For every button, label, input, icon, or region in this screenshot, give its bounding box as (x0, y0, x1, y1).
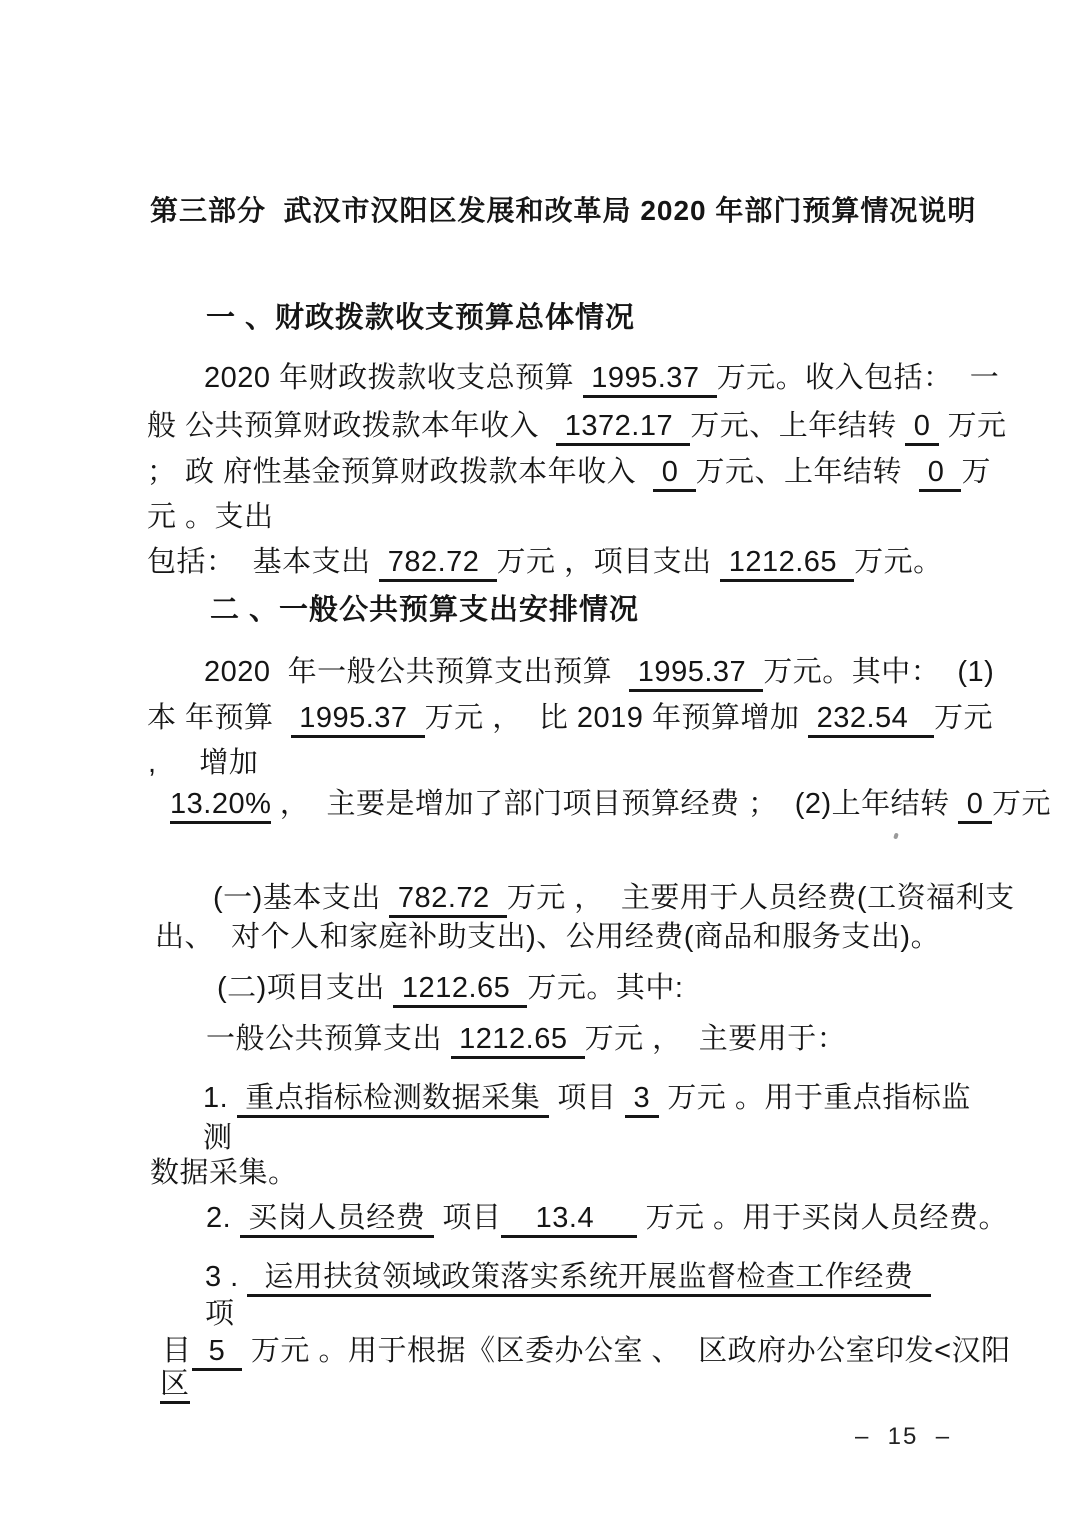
p5-line1: 一般公共预算支出 1212.65 万元 ， 主要用于： (206, 1024, 846, 1056)
item1-line1-text2: 万元 。用于重点指标监 (659, 1082, 971, 1114)
total-budget-value: 1995.37 (583, 362, 717, 398)
p2-line2-text1: 本 年预算 (147, 702, 291, 734)
carryover-value-3: 0 (958, 788, 992, 824)
p1-line1-text1: 2020 年财政拨款收支总预算 (204, 362, 583, 394)
document-title: 第三部分 武汉市汉阳区发展和改革局 2020 年部门预算情况说明 (150, 196, 976, 227)
item1-line3: 数据采集。 (150, 1158, 298, 1190)
item2-line1: 2. 买岗人员经费 项目 13.4 万元 。用于买岗人员经费。 (206, 1203, 1008, 1235)
basic-expense-value-2: 782.72 (389, 882, 506, 918)
item2-line1-text2: 万元 。用于买岗人员经费。 (637, 1202, 1008, 1234)
p1-line5-text2: 万元 ，项目支出 (497, 546, 721, 578)
item2-number: 2. (206, 1202, 240, 1234)
p1-line2-text3: 万元 (939, 410, 1007, 442)
item1-amount-value: 3 (625, 1082, 659, 1118)
print-artifact-dot (893, 833, 899, 840)
p2-line4: 13.20% ， 主要是增加了部门项目预算经费 ； (2)上年结转 0 万元 (170, 789, 1051, 821)
p3-line1-text2: 万元 ， 主要用于人员经费(工资福利支 (507, 882, 1015, 914)
p1-line1: 2020 年财政拨款收支总预算 1995.37 万元。收入包括： 一 (204, 363, 999, 395)
general-public-expense-value: 1212.65 (451, 1023, 585, 1059)
p2-line1-text2: 万元。其中： (1) (763, 656, 994, 688)
p1-line2: 般 公共预算财政拨款本年收入 1372.17 万元、上年结转 0 万元 (147, 411, 1007, 443)
project-expense-value: 1212.65 (720, 546, 854, 582)
carryover-value-1: 0 (905, 410, 939, 446)
section-heading-2: 二 、一般公共预算支出安排情况 (210, 595, 639, 627)
item3-number: 3 . (205, 1261, 247, 1293)
p4-line1: (二)项目支出 1212.65 万元。其中: (217, 973, 683, 1005)
p3-line1: (一)基本支出 782.72 万元 ， 主要用于人员经费(工资福利支 (213, 883, 1015, 915)
basic-expense-value: 782.72 (379, 546, 496, 582)
p1-line3-text3: 万 (961, 456, 991, 488)
general-expense-budget-value: 1995.37 (629, 656, 763, 692)
item1-project-name: 重点指标检测数据采集 (237, 1082, 549, 1118)
p1-line5-text1: 包括： 基本支出 (147, 546, 379, 578)
document-page: 第三部分 武汉市汉阳区发展和改革局 2020 年部门预算情况说明 一 、财政拨款… (0, 0, 1074, 1520)
p2-line2: 本 年预算 1995.37 万元 ， 比 2019 年预算增加 232.54 万… (147, 703, 993, 735)
p1-line3-text1: ； 政 府性基金预算财政拨款本年收入 (147, 456, 653, 488)
item3-project-name: 运用扶贫领域政策落实系统开展监督检查工作经费 (247, 1261, 930, 1297)
increase-percent-value: 13.20% (170, 788, 271, 824)
p1-line3-text2: 万元、上年结转 (696, 456, 920, 488)
p4-line1-text1: (二)项目支出 (217, 972, 393, 1004)
item1-line1-text1: 项目 (549, 1082, 625, 1114)
item3-line3-text2: 万元 。用于根据《区委办公室 、 区政府办公室印发<汉阳 (242, 1335, 1010, 1367)
p2-line1: 2020 年一般公共预算支出预算 1995.37 万元。其中： (1) (204, 657, 994, 689)
item3-line3-text1: 目 (162, 1335, 192, 1367)
p4-line1-text2: 万元。其中: (527, 972, 683, 1004)
p1-line1-text2: 万元。收入包括： 一 (717, 362, 1000, 394)
p1-line4: 元 。支出 (147, 502, 274, 534)
item2-project-name: 买岗人员经费 (240, 1202, 434, 1238)
item3-line4: 区 (160, 1369, 190, 1401)
p1-line5: 包括： 基本支出 782.72 万元 ，项目支出 1212.65 万元。 (147, 547, 943, 579)
item1-line1: 1. 重点指标检测数据采集 项目 3 万元 。用于重点指标监 (203, 1083, 971, 1115)
p1-line5-text3: 万元。 (854, 546, 943, 578)
section-heading-1: 一 、财政拨款收支预算总体情况 (206, 303, 635, 335)
item2-amount-value: 13.4 (501, 1202, 636, 1238)
p5-line1-text2: 万元 ， 主要用于： (585, 1023, 847, 1055)
item1-number: 1. (203, 1082, 237, 1114)
page-number: – 15 – (855, 1424, 951, 1450)
p3-line1-text1: (一)基本支出 (213, 882, 389, 914)
p5-line1-text1: 一般公共预算支出 (206, 1023, 451, 1055)
item3-line2: 项 (205, 1299, 235, 1331)
item3-amount-value: 5 (192, 1335, 243, 1371)
p2-line4-text1: ， 主要是增加了部门项目预算经费 ； (2)上年结转 (271, 788, 958, 820)
current-year-budget-value: 1995.37 (291, 702, 425, 738)
p3-line2: 出、 对个人和家庭补助支出)、公用经费(商品和服务支出)。 (155, 922, 940, 954)
item2-line1-text1: 项目 (434, 1202, 502, 1234)
item1-line2: 测 (203, 1123, 233, 1155)
p2-line4-text2: 万元 (992, 788, 1051, 820)
gov-fund-income-value: 0 (653, 456, 695, 492)
general-budget-income-value: 1372.17 (556, 410, 690, 446)
budget-increase-value: 232.54 (808, 702, 934, 738)
item3-line4-text: 区 (160, 1368, 190, 1404)
p2-line1-text1: 2020 年一般公共预算支出预算 (204, 656, 629, 688)
project-expense-value-2: 1212.65 (393, 972, 527, 1008)
p1-line3: ； 政 府性基金预算财政拨款本年收入 0 万元、上年结转 0 万 (147, 457, 991, 489)
p2-line3: , 增加 (148, 748, 258, 780)
carryover-value-2: 0 (919, 456, 961, 492)
p1-line2-text1: 般 公共预算财政拨款本年收入 (147, 410, 556, 442)
p1-line2-text2: 万元、上年结转 (690, 410, 905, 442)
p2-line2-text3: 万元 (934, 702, 993, 734)
p2-line2-text2: 万元 ， 比 2019 年预算增加 (425, 702, 808, 734)
item3-line1: 3 . 运用扶贫领域政策落实系统开展监督检查工作经费 (205, 1262, 931, 1294)
item3-line3: 目 5 万元 。用于根据《区委办公室 、 区政府办公室印发<汉阳 (162, 1336, 1011, 1368)
